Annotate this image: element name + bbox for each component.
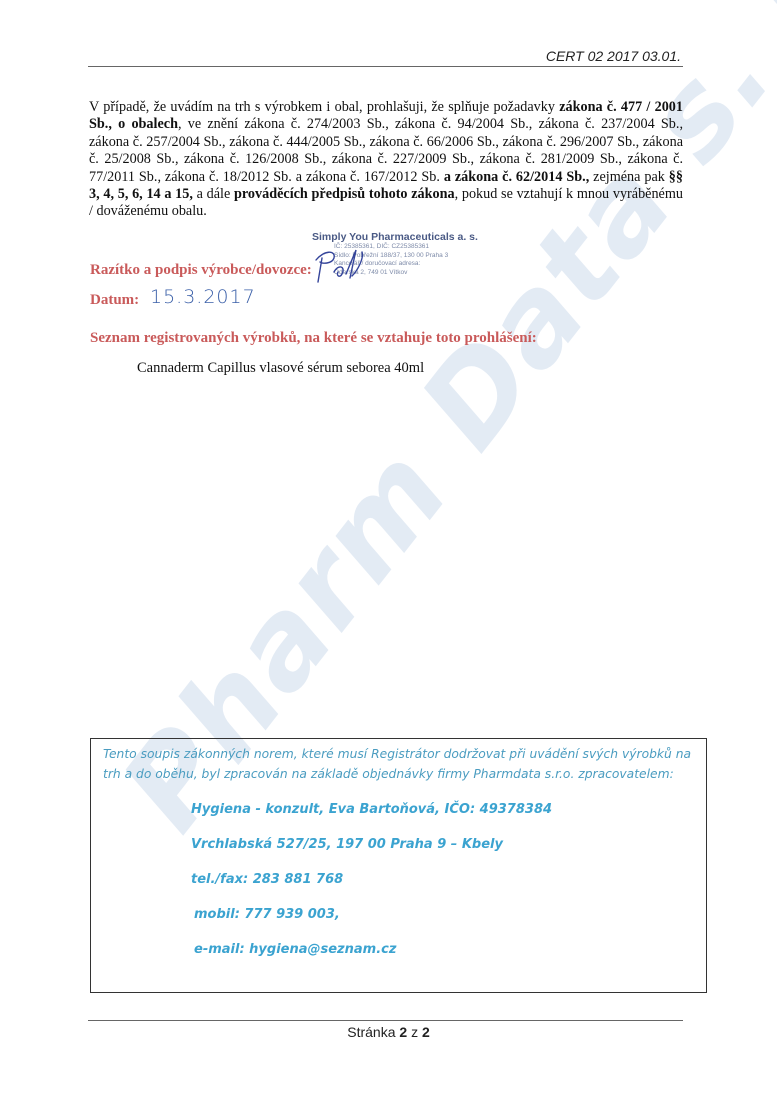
declaration-further: a dále — [193, 186, 234, 202]
page-total: 2 — [422, 1024, 430, 1040]
page-word: Stránka — [347, 1024, 395, 1040]
stamp-label: Razítko a podpis výrobce/dovozce: — [90, 262, 312, 279]
product-item: Cannaderm Capillus vlasové sérum seborea… — [137, 360, 424, 377]
handwritten-date: 15.3.2017 — [150, 286, 256, 308]
document-code: CERT 02 2017 03.01. — [546, 48, 681, 64]
stamp-company: Simply You Pharmaceuticals a. s. — [312, 231, 482, 243]
processor-name: Hygiena - konzult, Eva Bartoňová, IČO: 4… — [191, 802, 552, 817]
processor-phone: tel./fax: 283 881 768 — [191, 872, 343, 887]
law-2014: a zákona č. 62/2014 Sb., — [444, 169, 589, 185]
declaration-especially: zejména pak — [589, 169, 669, 185]
handwritten-signature — [312, 246, 372, 286]
page-current: 2 — [399, 1024, 407, 1040]
declaration-paragraph: V případě, že uvádím na trh s výrobkem i… — [89, 99, 683, 221]
processor-info-box: Tento soupis zákonných norem, které musí… — [90, 738, 707, 993]
declaration-intro: V případě, že uvádím na trh s výrobkem i… — [89, 99, 559, 115]
header-divider — [88, 66, 683, 67]
law-regulations: prováděcích předpisů tohoto zákona — [234, 186, 455, 202]
info-intro: Tento soupis zákonných norem, které musí… — [103, 744, 703, 784]
processor-email: e-mail: hygiena@seznam.cz — [194, 942, 396, 957]
page-number: Stránka 2 z 2 — [0, 1024, 777, 1040]
date-label: Datum: — [90, 292, 139, 309]
page-separator: z — [411, 1024, 418, 1040]
products-heading: Seznam registrovaných výrobků, na které … — [90, 330, 537, 347]
processor-mobile: mobil: 777 939 003, — [194, 907, 340, 922]
footer-divider — [88, 1020, 683, 1021]
processor-address: Vrchlabská 527/25, 197 00 Praha 9 – Kbel… — [191, 837, 503, 852]
